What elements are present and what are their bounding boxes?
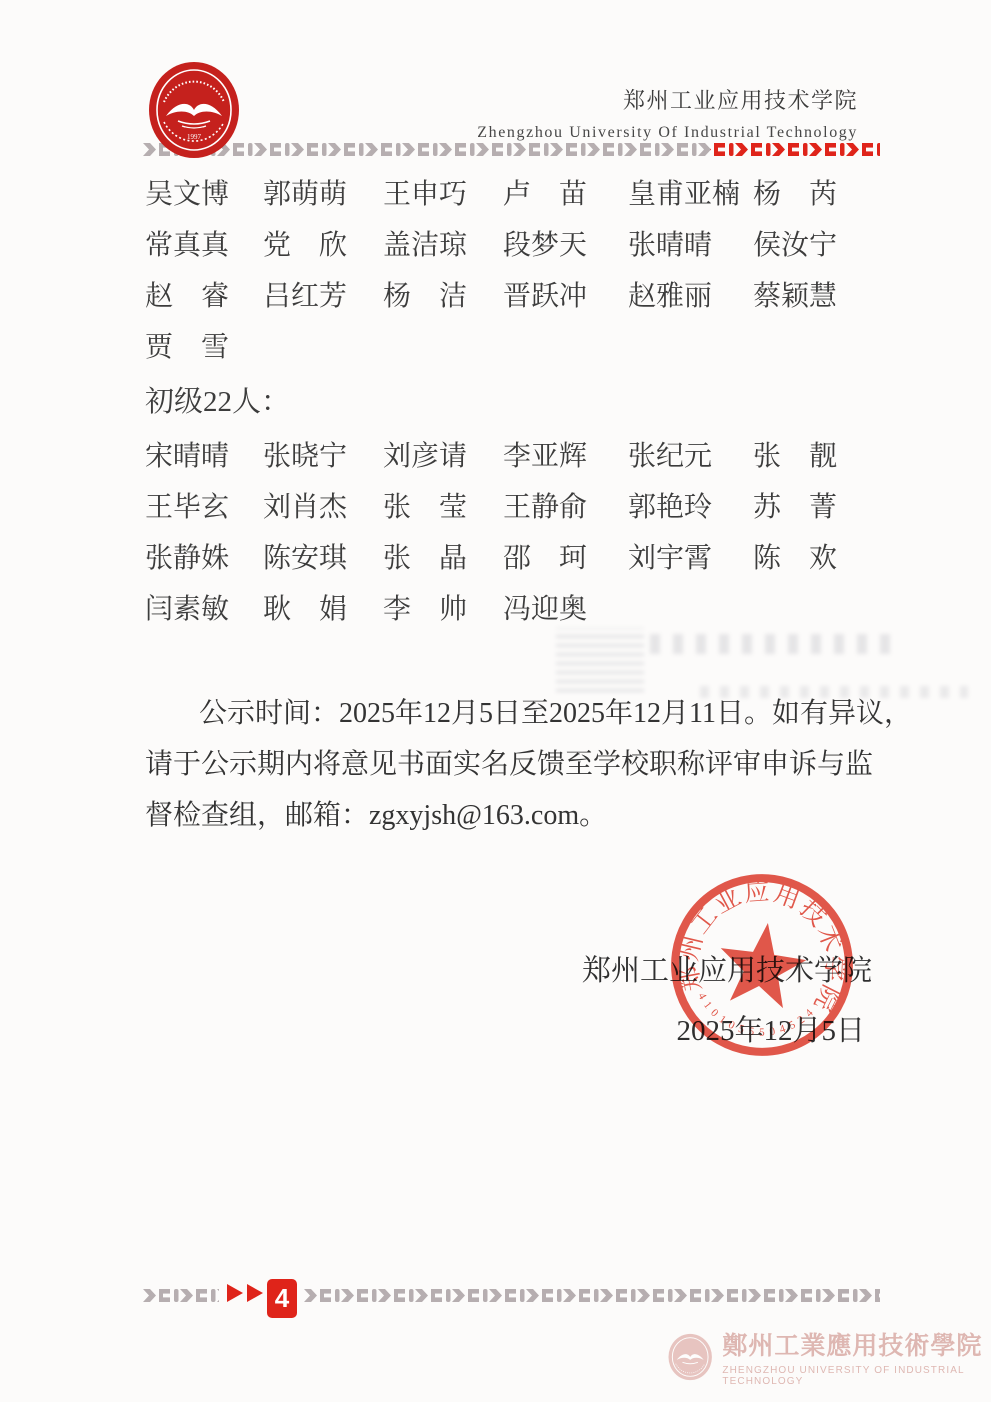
junior-names: 宋晴晴张晓宁刘彦请李亚辉张纪元张 靓王毕玄刘肖杰张 莹王静俞郭艳玲苏 菁张静姝陈…	[145, 428, 857, 632]
page-number-badge: 4	[267, 1279, 297, 1318]
notice-line: 公示时间：2025年12月5日至2025年12月11日。如有异议，	[145, 688, 858, 739]
person-name: 张静姝	[145, 536, 263, 576]
person-name: 苏 菁	[753, 485, 857, 525]
footer-arrow-icon	[227, 1284, 243, 1302]
person-name: 王静俞	[503, 485, 628, 525]
name-row: 吴文博郭萌萌王申巧卢 苗皇甫亚楠杨 芮	[145, 166, 857, 217]
name-row: 闫素敏耿 娟李 帅冯迎奥	[145, 581, 857, 632]
name-row: 宋晴晴张晓宁刘彦请李亚辉张纪元张 靓	[145, 428, 857, 479]
footer-arrow-icon	[247, 1284, 263, 1302]
person-name: 陈安琪	[263, 536, 383, 576]
person-name: 吴文博	[145, 172, 263, 212]
footer-watermark: 鄭州工業應用技術學院 ZHENGZHOU UNIVERSITY OF INDUS…	[668, 1326, 991, 1387]
showthrough-smudge	[650, 634, 898, 654]
person-name: 郭艳玲	[628, 485, 753, 525]
person-name: 党 欣	[263, 223, 383, 263]
official-seal: 郑州工业应用技术学院 4101055504524	[661, 864, 863, 1071]
person-name: 张晓宁	[263, 434, 383, 474]
person-name: 皇甫亚楠	[628, 172, 753, 212]
person-name: 张 晶	[383, 536, 503, 576]
footer-band-left	[143, 1289, 219, 1302]
header-titles: 郑州工业应用技术学院 Zhengzhou University Of Indus…	[477, 84, 858, 142]
header-band	[143, 143, 880, 156]
person-name: 刘肖杰	[263, 485, 383, 525]
person-name: 王申巧	[383, 172, 503, 212]
person-name: 刘彦请	[383, 434, 503, 474]
person-name: 盖洁琼	[383, 223, 503, 263]
junior-group-heading: 初级22人：	[145, 370, 857, 428]
name-row: 王毕玄刘肖杰张 莹王静俞郭艳玲苏 菁	[145, 479, 857, 530]
person-name: 邵 珂	[503, 536, 628, 576]
showthrough-smudge	[556, 628, 644, 692]
person-name: 赵雅丽	[628, 274, 753, 314]
name-lists: 吴文博郭萌萌王申巧卢 苗皇甫亚楠杨 芮常真真党 欣盖洁琼段梦天张晴晴侯汝宁赵 睿…	[145, 166, 857, 632]
person-name: 侯汝宁	[753, 223, 857, 263]
person-name: 杨 洁	[383, 274, 503, 314]
name-row: 赵 睿吕红芳杨 洁晋跃冲赵雅丽蔡颖慧	[145, 268, 857, 319]
document-page: 1997 郑州工业应用技术学院 Zhengzhou University Of …	[0, 0, 991, 1402]
name-row: 贾 雪	[145, 319, 857, 370]
senior-names: 吴文博郭萌萌王申巧卢 苗皇甫亚楠杨 芮常真真党 欣盖洁琼段梦天张晴晴侯汝宁赵 睿…	[145, 166, 857, 370]
person-name: 宋晴晴	[145, 434, 263, 474]
name-row: 张静姝陈安琪张 晶邵 珂刘宇霄陈 欢	[145, 530, 857, 581]
person-name: 段梦天	[503, 223, 628, 263]
name-row: 常真真党 欣盖洁琼段梦天张晴晴侯汝宁	[145, 217, 857, 268]
notice-paragraph: 公示时间：2025年12月5日至2025年12月11日。如有异议，请于公示期内将…	[145, 688, 858, 841]
person-name: 常真真	[145, 223, 263, 263]
footer-band-right	[304, 1289, 880, 1302]
person-name: 闫素敏	[145, 587, 263, 627]
notice-line: 督检查组，邮箱：zgxyjsh@163.com。	[145, 790, 858, 841]
person-name: 李亚辉	[503, 434, 628, 474]
person-name: 吕红芳	[263, 274, 383, 314]
seal-star-icon	[714, 917, 811, 1010]
person-name: 刘宇霄	[628, 536, 753, 576]
notice-line: 请于公示期内将意见书面实名反馈至学校职称评审申诉与监	[145, 739, 858, 790]
logo-year: 1997	[187, 133, 202, 141]
person-name: 王毕玄	[145, 485, 263, 525]
watermark-logo	[668, 1328, 712, 1386]
person-name: 张 靓	[753, 434, 857, 474]
person-name: 晋跃冲	[503, 274, 628, 314]
university-name-cn: 郑州工业应用技术学院	[477, 84, 858, 115]
watermark-name-cn: 鄭州工業應用技術學院	[722, 1326, 991, 1362]
person-name: 张 莹	[383, 485, 503, 525]
person-name: 张纪元	[628, 434, 753, 474]
person-name: 陈 欢	[753, 536, 857, 576]
university-name-en: Zhengzhou University Of Industrial Techn…	[477, 124, 858, 142]
person-name: 蔡颖慧	[753, 274, 857, 314]
person-name: 冯迎奥	[503, 587, 628, 627]
person-name: 杨 芮	[753, 172, 857, 212]
person-name: 耿 娟	[263, 587, 383, 627]
person-name: 卢 苗	[503, 172, 628, 212]
person-name: 张晴晴	[628, 223, 753, 263]
person-name: 贾 雪	[145, 325, 263, 365]
person-name: 郭萌萌	[263, 172, 383, 212]
person-name: 赵 睿	[145, 274, 263, 314]
person-name: 李 帅	[383, 587, 503, 627]
university-logo: 1997	[148, 60, 240, 165]
watermark-name-en: ZHENGZHOU UNIVERSITY OF INDUSTRIAL TECHN…	[722, 1365, 991, 1387]
